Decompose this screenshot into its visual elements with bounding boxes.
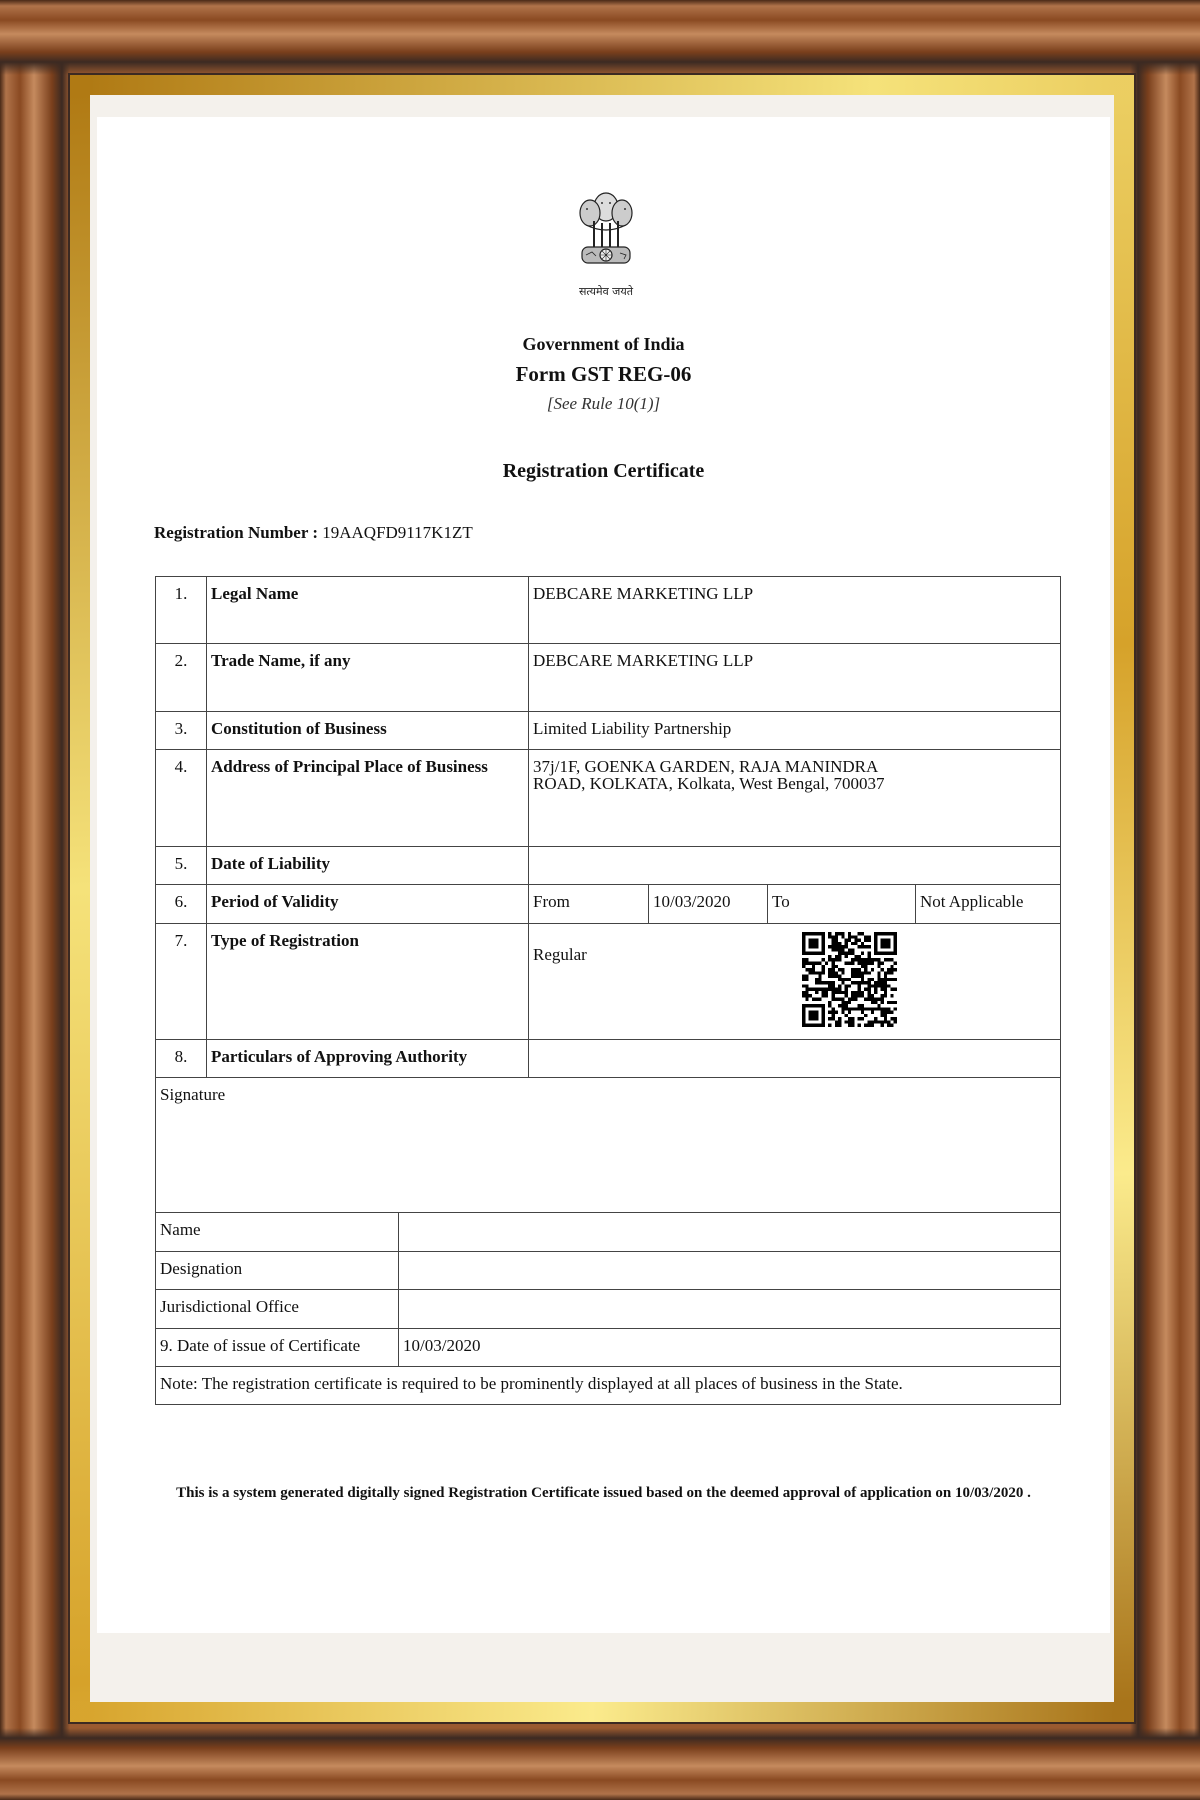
address-value: 37j/1F, GOENKA GARDEN, RAJA MANINDRA ROA… [529, 750, 1061, 847]
table-row: Name [156, 1213, 1061, 1252]
designation-value [399, 1252, 1061, 1290]
table-row: Jurisdictional Office [156, 1290, 1061, 1329]
table-row: 4. Address of Principal Place of Busines… [156, 750, 1061, 847]
row-number: 4. [156, 750, 207, 847]
table-row: 1. Legal Name DEBCARE MARKETING LLP [156, 577, 1061, 644]
registration-number-label: Registration Number : [154, 523, 318, 542]
table-row: 2. Trade Name, if any DEBCARE MARKETING … [156, 644, 1061, 712]
row-number: 7. [156, 924, 207, 1040]
rule-reference: [See Rule 10(1)] [97, 394, 1110, 414]
row-number: 1. [156, 577, 207, 644]
jurisdictional-office-label: Jurisdictional Office [156, 1290, 399, 1329]
trade-name-value: DEBCARE MARKETING LLP [529, 644, 1061, 712]
ashoka-emblem-icon [572, 185, 640, 280]
table-row: 8. Particulars of Approving Authority [156, 1040, 1061, 1078]
name-value [399, 1213, 1061, 1252]
date-of-issue-value: 10/03/2020 [399, 1329, 1061, 1367]
constitution-label: Constitution of Business [207, 712, 529, 750]
table-row: 3. Constitution of Business Limited Liab… [156, 712, 1061, 750]
row-number: 6. [156, 885, 207, 924]
validity-to-label: To [768, 885, 916, 924]
address-label: Address of Principal Place of Business [207, 750, 529, 847]
name-label: Name [156, 1213, 399, 1252]
system-generated-footer: This is a system generated digitally sig… [97, 1485, 1110, 1502]
table-row: 7. Type of Registration Regular [156, 924, 1061, 1040]
validity-to-value: Not Applicable [916, 885, 1061, 924]
trade-name-label: Trade Name, if any [207, 644, 529, 712]
designation-label: Designation [156, 1252, 399, 1290]
table-row: 9. Date of issue of Certificate 10/03/20… [156, 1329, 1061, 1367]
date-of-liability-label: Date of Liability [207, 847, 529, 885]
registration-number: Registration Number : 19AAQFD9117K1ZT [154, 523, 473, 543]
signature-field: Signature [156, 1078, 1061, 1213]
date-of-liability-value [529, 847, 1061, 885]
row-number: 2. [156, 644, 207, 712]
row-number: 5. [156, 847, 207, 885]
jurisdictional-office-value [399, 1290, 1061, 1329]
period-of-validity-label: Period of Validity [207, 885, 529, 924]
table-row: Note: The registration certificate is re… [156, 1367, 1061, 1405]
row-number: 8. [156, 1040, 207, 1078]
registration-details-table: 1. Legal Name DEBCARE MARKETING LLP 2. T… [155, 576, 1061, 1078]
table-row: Designation [156, 1252, 1061, 1290]
qr-code-icon [802, 932, 897, 1027]
form-title: Form GST REG-06 [97, 362, 1110, 387]
registration-number-value: 19AAQFD9117K1ZT [322, 523, 472, 542]
table-row: 5. Date of Liability [156, 847, 1061, 885]
row-number: 3. [156, 712, 207, 750]
national-motto: सत्यमेव जयते [540, 284, 672, 299]
table-row: 6. Period of Validity From 10/03/2020 To… [156, 885, 1061, 924]
legal-name-value: DEBCARE MARKETING LLP [529, 577, 1061, 644]
validity-from-value: 10/03/2020 [649, 885, 768, 924]
type-of-registration-value: Regular [533, 932, 1056, 963]
government-heading: Government of India [97, 334, 1110, 355]
type-of-registration-cell: Regular [529, 924, 1061, 1040]
display-note: Note: The registration certificate is re… [156, 1367, 1061, 1405]
approving-authority-value [529, 1040, 1061, 1078]
approving-authority-label: Particulars of Approving Authority [207, 1040, 529, 1078]
date-of-issue-label: 9. Date of issue of Certificate [156, 1329, 399, 1367]
certificate-title: Registration Certificate [97, 460, 1110, 483]
table-row: Signature [156, 1078, 1061, 1213]
validity-from-label: From [529, 885, 649, 924]
approving-authority-table: Signature Name Designation Jurisdictiona… [155, 1077, 1061, 1405]
type-of-registration-label: Type of Registration [207, 924, 529, 1040]
legal-name-label: Legal Name [207, 577, 529, 644]
constitution-value: Limited Liability Partnership [529, 712, 1061, 750]
